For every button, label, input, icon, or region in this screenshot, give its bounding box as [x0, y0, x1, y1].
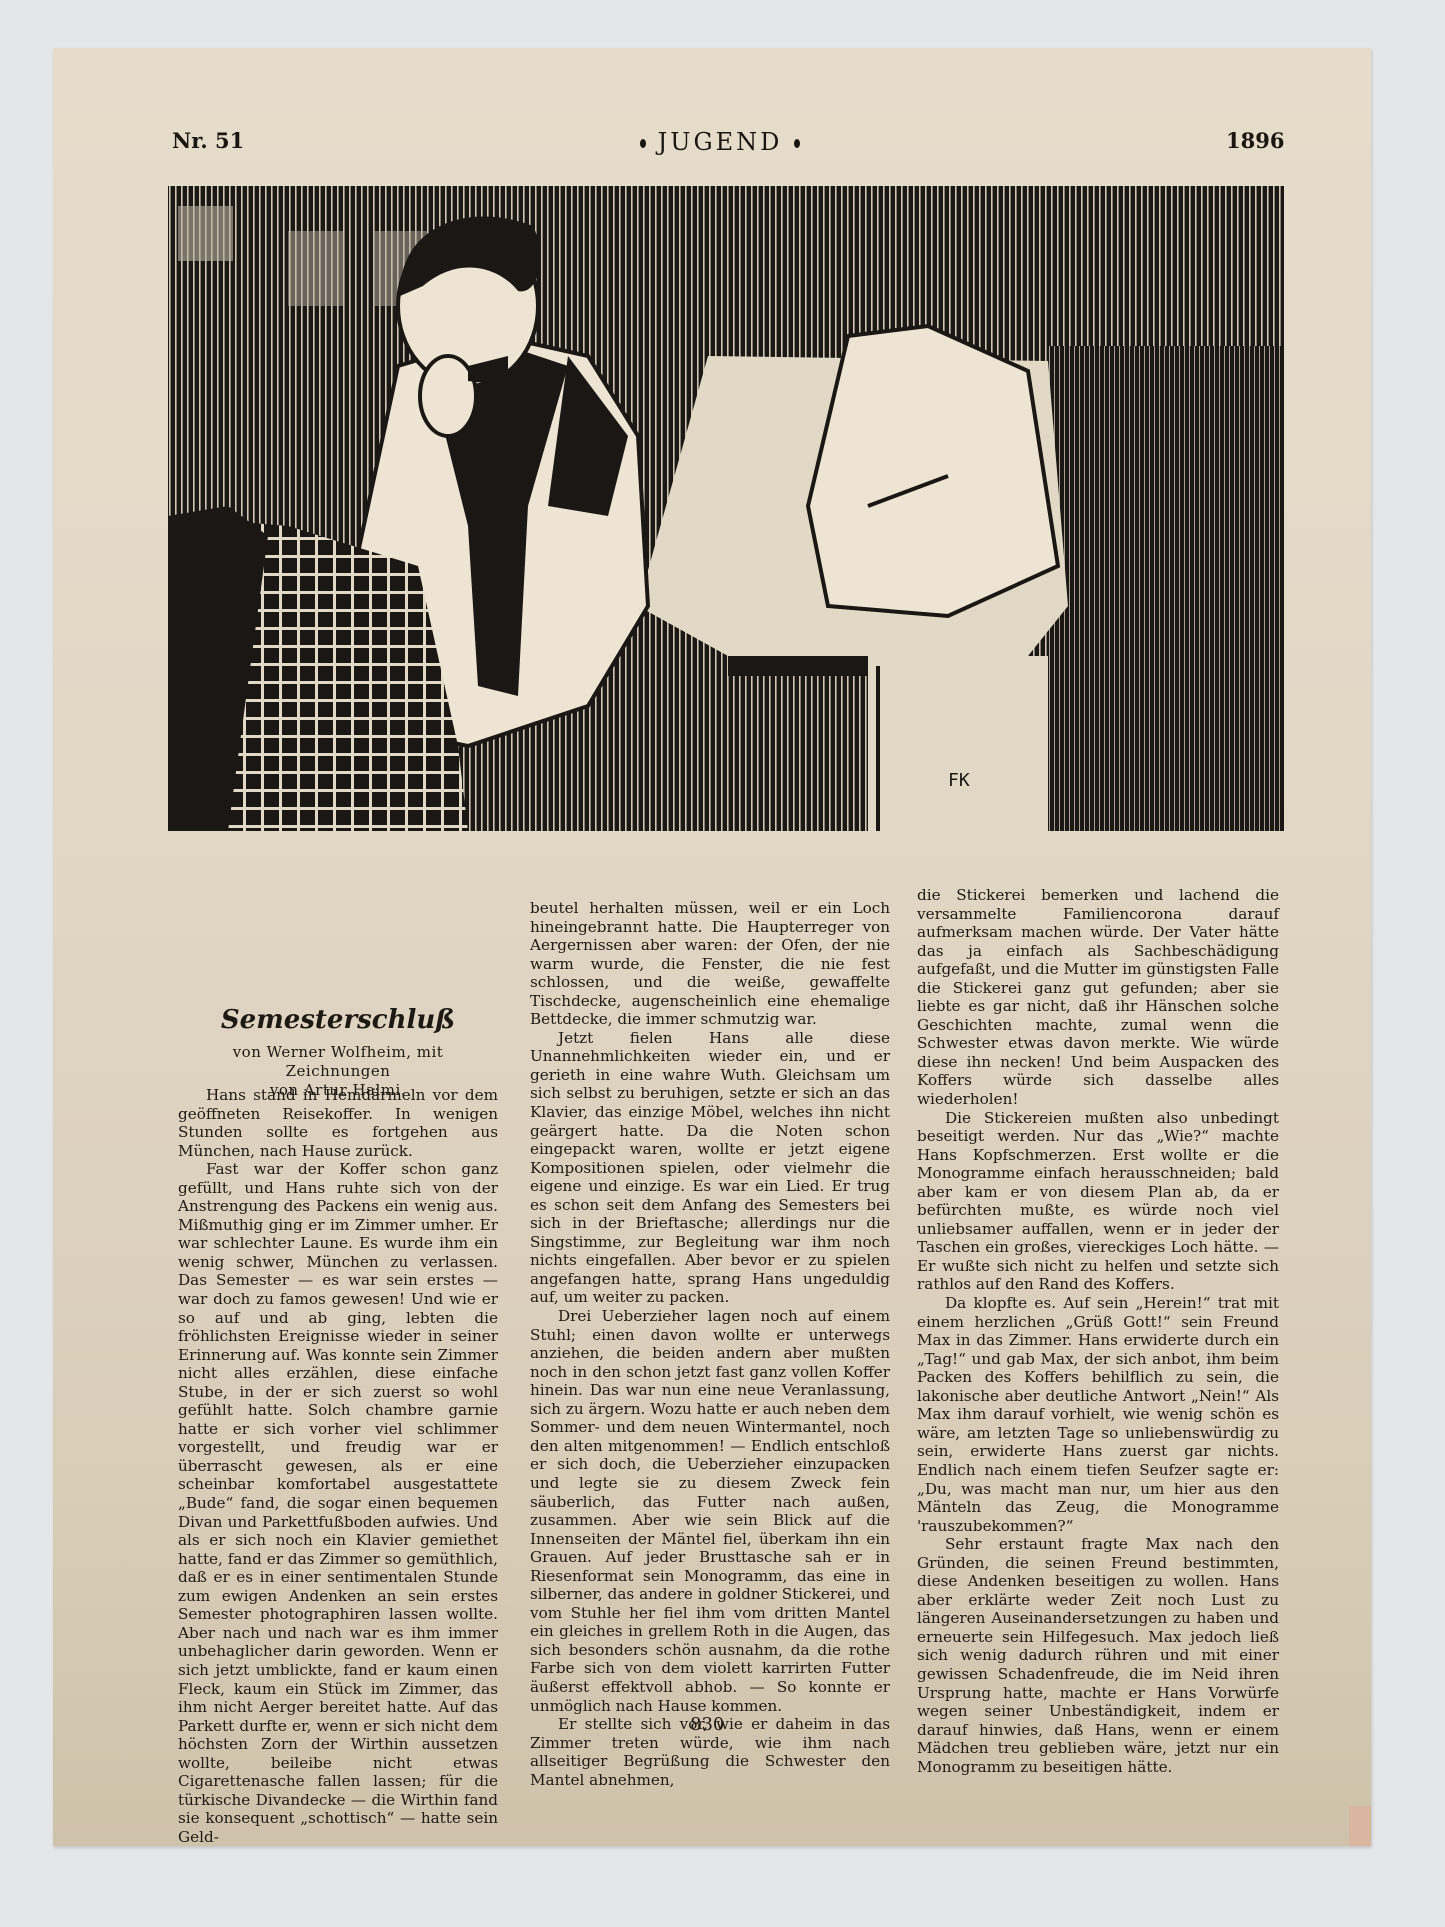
issue-year: 1896: [1226, 128, 1284, 153]
paragraph: Da klopfte es. Auf sein „Herein!“ trat m…: [917, 1294, 1279, 1535]
text-column-2: beutel herhalten müssen, weil er ein Loc…: [530, 899, 890, 1789]
paragraph: Fast war der Koffer schon ganz gefüllt, …: [178, 1160, 498, 1846]
story-illustration: FK: [168, 186, 1284, 831]
byline-author: von Werner Wolfheim, mit Zeichnungen: [178, 1043, 498, 1081]
issue-number: Nr. 51: [172, 128, 244, 153]
woodcut-illustration-icon: FK: [168, 186, 1284, 831]
artist-signature: FK: [948, 770, 970, 791]
magazine-name: JUGEND: [658, 128, 783, 156]
page-corner-stain: [1349, 1806, 1371, 1846]
paragraph: Jetzt fielen Hans alle diese Unannehmlic…: [530, 1029, 890, 1307]
text-column-1: Hans stand in Hemdärmeln vor dem geöffne…: [178, 1086, 498, 1846]
page-number: 830: [690, 1714, 724, 1735]
paragraph: Die Stickereien mußten also unbedingt be…: [917, 1109, 1279, 1294]
paragraph: beutel herhalten müssen, weil er ein Loc…: [530, 899, 890, 1029]
paragraph: Hans stand in Hemdärmeln vor dem geöffne…: [178, 1086, 498, 1160]
article-title: Semesterschluß: [178, 1005, 498, 1035]
magazine-title: JUGEND: [620, 128, 820, 156]
paragraph: Drei Ueberzieher lagen noch auf einem St…: [530, 1307, 890, 1715]
paragraph: Sehr erstaunt fragte Max nach den Gründe…: [917, 1535, 1279, 1776]
bullet-icon: [794, 139, 800, 148]
bullet-icon: [640, 139, 646, 148]
paragraph: die Stickerei bemerken und lachend die v…: [917, 886, 1279, 1109]
text-column-3: die Stickerei bemerken und lachend die v…: [917, 886, 1279, 1776]
